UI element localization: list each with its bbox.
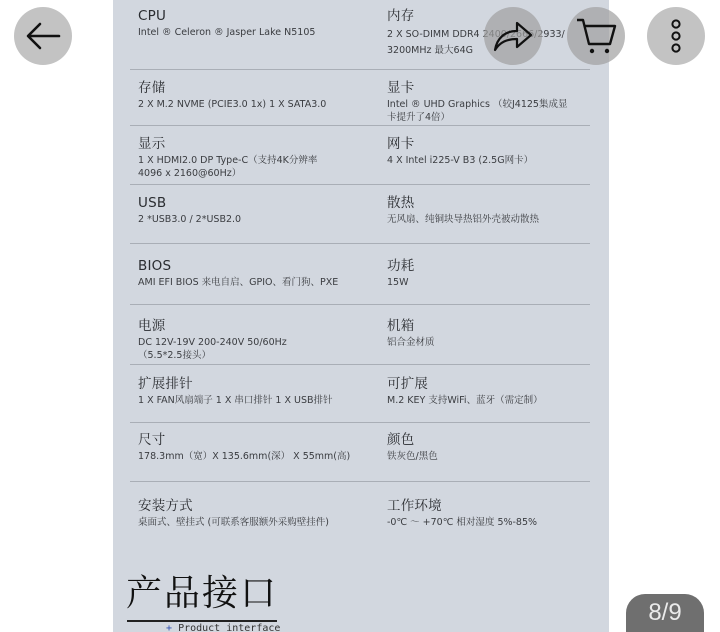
spec-value: 无风扇、纯铜块导热铝外壳被动散热 (387, 214, 597, 227)
spec-graphics: 显卡 Intel ® UHD Graphics （较J4125集成显 卡提升了4… (387, 80, 597, 124)
spec-expansion: 可扩展 M.2 KEY 支持WiFi、蓝牙（需定制） (387, 376, 597, 408)
spec-value: Intel ® Celeron ® Jasper Lake N5105 (138, 27, 368, 40)
spec-value: DC 12V-19V 200-240V 50/60Hz （5.5*2.5接头） (138, 337, 368, 362)
section-underline (127, 620, 277, 622)
more-vertical-icon (670, 18, 682, 54)
spec-chassis: 机箱 铝合金材质 (387, 318, 597, 350)
spec-label: 显示 (138, 136, 368, 153)
spec-row: USB 2 *USB3.0 / 2*USB2.0 散热 无风扇、纯铜块导热铝外壳… (130, 185, 590, 244)
section-subtitle-text: Product interface (178, 623, 280, 632)
spec-value: M.2 KEY 支持WiFi、蓝牙（需定制） (387, 395, 597, 408)
spec-label: 机箱 (387, 318, 597, 335)
spec-value: 178.3mm（宽）X 135.6mm(深） X 55mm(高) (138, 451, 368, 464)
spec-value: -0℃ ～ +70℃ 相对湿度 5%-85% (387, 517, 597, 530)
spec-cpu: CPU Intel ® Celeron ® Jasper Lake N5105 (138, 8, 368, 40)
spec-power-consumption: 功耗 15W (387, 258, 597, 290)
spec-label: 显卡 (387, 80, 597, 97)
spec-label: 存储 (138, 80, 368, 97)
spec-row: 扩展排针 1 X FAN风扇端子 1 X 串口排针 1 X USB排针 可扩展 … (130, 365, 590, 423)
spec-cooling: 散热 无风扇、纯铜块导热铝外壳被动散热 (387, 195, 597, 227)
product-detail-image: CPU Intel ® Celeron ® Jasper Lake N5105 … (113, 0, 609, 632)
spec-power-supply: 电源 DC 12V-19V 200-240V 50/60Hz （5.5*2.5接… (138, 318, 368, 362)
plus-icon: + (166, 623, 172, 632)
section-subtitle: + Product interface (166, 623, 280, 632)
spec-usb: USB 2 *USB3.0 / 2*USB2.0 (138, 195, 368, 227)
spec-row: 尺寸 178.3mm（宽）X 135.6mm(深） X 55mm(高) 颜色 铁… (130, 423, 590, 482)
spec-value: 2 *USB3.0 / 2*USB2.0 (138, 214, 368, 227)
spec-label: CPU (138, 8, 368, 25)
spec-operating-environment: 工作环境 -0℃ ～ +70℃ 相对湿度 5%-85% (387, 498, 597, 530)
spec-value: 铁灰色/黑色 (387, 451, 597, 464)
more-button[interactable] (647, 7, 705, 65)
back-arrow-icon (25, 21, 61, 51)
spec-label: 尺寸 (138, 432, 368, 449)
spec-row: 安装方式 桌面式、壁挂式 (可联系客服额外采购壁挂件) 工作环境 -0℃ ～ +… (130, 482, 590, 542)
spec-bios: BIOS AMI EFI BIOS 来电自启、GPIO、看门狗、PXE (138, 258, 368, 290)
page-indicator: 8/9 (626, 594, 704, 632)
spec-label: 电源 (138, 318, 368, 335)
spec-label: 工作环境 (387, 498, 597, 515)
spec-label: BIOS (138, 258, 368, 275)
spec-headers: 扩展排针 1 X FAN风扇端子 1 X 串口排针 1 X USB排针 (138, 376, 368, 408)
spec-value: 2 X M.2 NVME (PCIE3.0 1x) 1 X SATA3.0 (138, 99, 368, 112)
spec-value: 1 X FAN风扇端子 1 X 串口排针 1 X USB排针 (138, 395, 368, 408)
share-icon (491, 18, 535, 54)
spec-label: 散热 (387, 195, 597, 212)
back-button[interactable] (14, 7, 72, 65)
spec-value: 15W (387, 277, 597, 290)
spec-row: 显示 1 X HDMI2.0 DP Type-C（支持4K分辨率 4096 x … (130, 126, 590, 185)
cart-icon (574, 14, 618, 58)
spec-network: 网卡 4 X Intel i225-V B3 (2.5G网卡） (387, 136, 597, 168)
spec-label: 扩展排针 (138, 376, 368, 393)
spec-value: 铝合金材质 (387, 337, 597, 350)
spec-label: 网卡 (387, 136, 597, 153)
spec-mounting: 安装方式 桌面式、壁挂式 (可联系客服额外采购壁挂件) (138, 498, 368, 530)
spec-value: AMI EFI BIOS 来电自启、GPIO、看门狗、PXE (138, 277, 368, 290)
share-button[interactable] (484, 7, 542, 65)
spec-label: 可扩展 (387, 376, 597, 393)
spec-value: 桌面式、壁挂式 (可联系客服额外采购壁挂件) (138, 517, 368, 530)
spec-value: Intel ® UHD Graphics （较J4125集成显 卡提升了4倍） (387, 99, 597, 124)
spec-row: 电源 DC 12V-19V 200-240V 50/60Hz （5.5*2.5接… (130, 305, 590, 365)
cart-button[interactable] (567, 7, 625, 65)
spec-value: 4 X Intel i225-V B3 (2.5G网卡） (387, 155, 597, 168)
spec-dimensions: 尺寸 178.3mm（宽）X 135.6mm(深） X 55mm(高) (138, 432, 368, 464)
spec-label: 功耗 (387, 258, 597, 275)
section-title: 产品接口 (126, 572, 278, 616)
spec-storage: 存储 2 X M.2 NVME (PCIE3.0 1x) 1 X SATA3.0 (138, 80, 368, 112)
spec-label: 安装方式 (138, 498, 368, 515)
spec-color: 颜色 铁灰色/黑色 (387, 432, 597, 464)
spec-display: 显示 1 X HDMI2.0 DP Type-C（支持4K分辨率 4096 x … (138, 136, 368, 180)
spec-label: 颜色 (387, 432, 597, 449)
spec-value: 1 X HDMI2.0 DP Type-C（支持4K分辨率 4096 x 216… (138, 155, 368, 180)
spec-label: USB (138, 195, 368, 212)
spec-row: BIOS AMI EFI BIOS 来电自启、GPIO、看门狗、PXE 功耗 1… (130, 244, 590, 305)
spec-row: 存储 2 X M.2 NVME (PCIE3.0 1x) 1 X SATA3.0… (130, 70, 590, 126)
